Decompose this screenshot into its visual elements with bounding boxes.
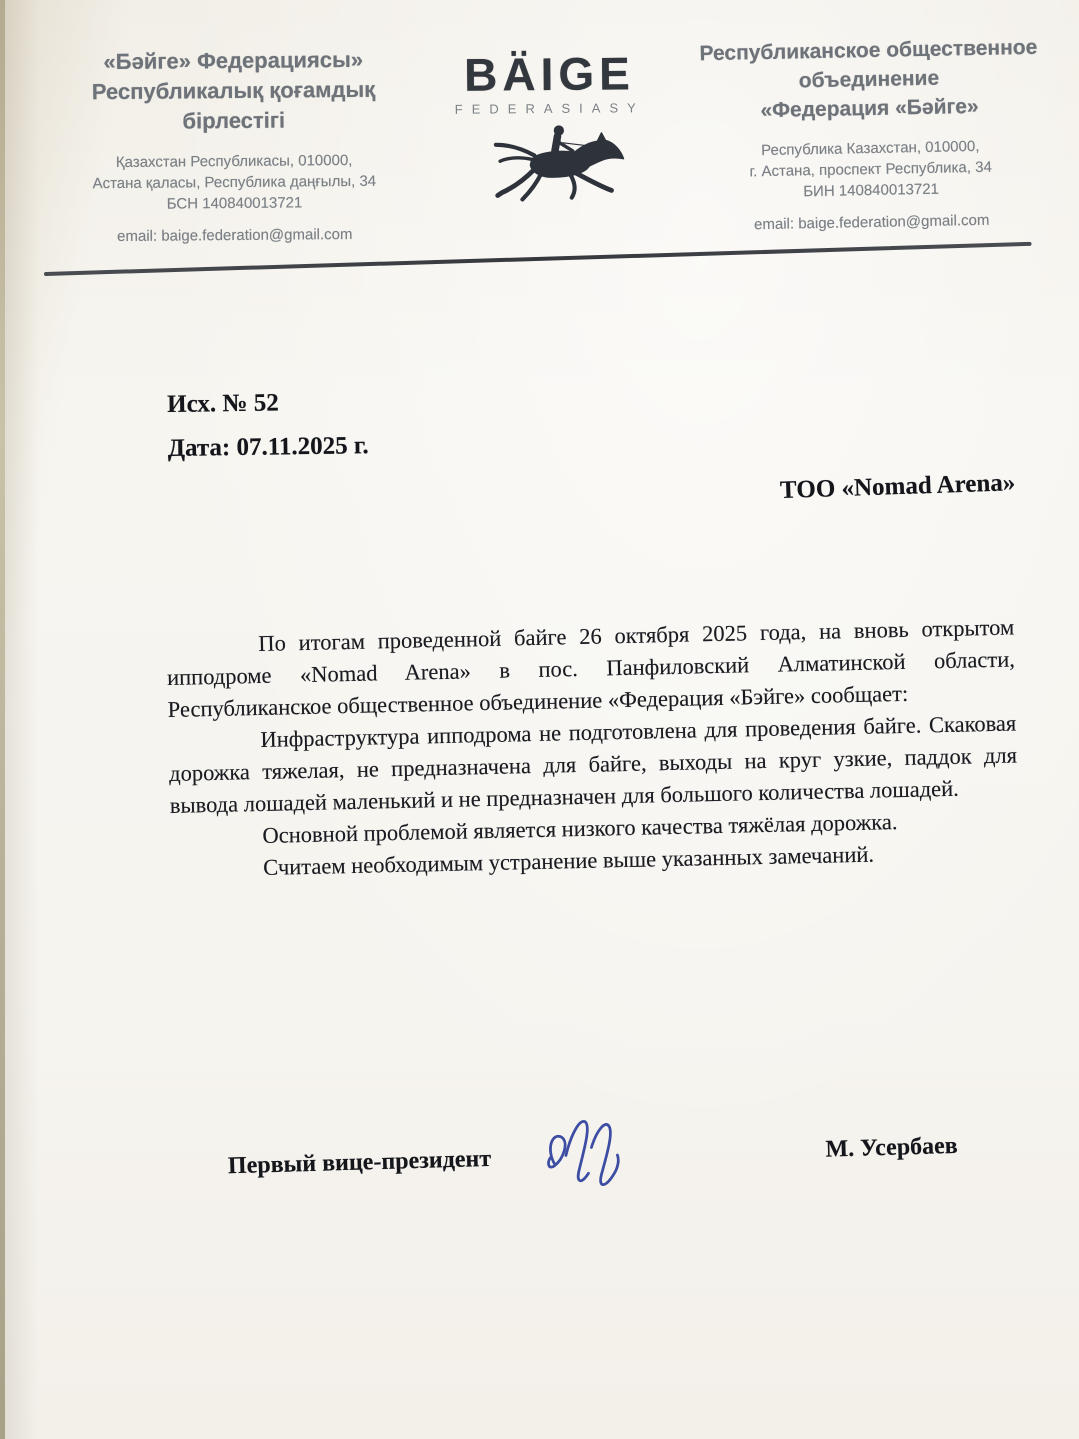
letter-page: «Бәйге» Федерациясы» Республикалық қоғам… (0, 0, 1079, 1439)
scan-edge-shadow (5, 0, 39, 1439)
address-kk-line2: Астана қаласы, Республика даңғылы, 34 (78, 171, 390, 195)
email-right: email: baige.federation@gmail.com (694, 211, 1050, 235)
email-left: email: baige.federation@gmail.com (79, 226, 391, 246)
paragraph-infrastructure: Инфраструктура ипподрома не подготовлена… (168, 707, 1018, 821)
recipient: ТОО «Nomad Arena» (690, 469, 1016, 508)
galloping-horse-with-jockey-icon (471, 120, 630, 217)
outgoing-number: Исх. № 52 (167, 387, 368, 420)
org-name-kk-line1: «Бәйге» Федерациясы» (77, 45, 389, 78)
logo-block: BÄIGE FEDERASIASY (439, 49, 660, 223)
letterhead-left: «Бәйге» Федерациясы» Республикалық қоғам… (77, 45, 391, 246)
paragraph-intro: По итогам проведенной байге 26 октября 2… (166, 612, 1016, 726)
handwritten-signature (530, 1104, 651, 1199)
logo-subtitle: FEDERASIASY (440, 100, 660, 117)
signer-name: М. Усербаев (825, 1131, 1016, 1163)
header-divider (44, 242, 1032, 276)
signer-title: Первый вице-президент (166, 1145, 492, 1181)
letter-meta: Исх. № 52 Дата: 07.11.2025 г. (167, 387, 369, 464)
logo-wordmark: BÄIGE (439, 49, 659, 99)
org-name-kk-line3: бірлестігі (78, 105, 390, 138)
letterhead-right: Республиканское общественное объединение… (690, 33, 1050, 235)
address-block-kk: Қазахстан Республикасы, 010000, Астана қ… (78, 150, 391, 216)
org-name-ru-line3: «Федерация «Бәйге» (691, 91, 1047, 127)
org-name-kk-line2: Республикалық қоғамдық (77, 75, 389, 108)
address-kk-line3: БСН 140840013721 (78, 192, 390, 216)
letter-body: По итогам проведенной байге 26 октября 2… (166, 612, 1019, 886)
signature-row: Первый вице-президент М. Усербаев (165, 1094, 1017, 1218)
address-block-ru: Республика Казахстан, 010000, г. Астана,… (692, 135, 1049, 205)
letter-date: Дата: 07.11.2025 г. (168, 431, 369, 464)
address-kk-line1: Қазахстан Республикасы, 010000, (78, 150, 390, 174)
